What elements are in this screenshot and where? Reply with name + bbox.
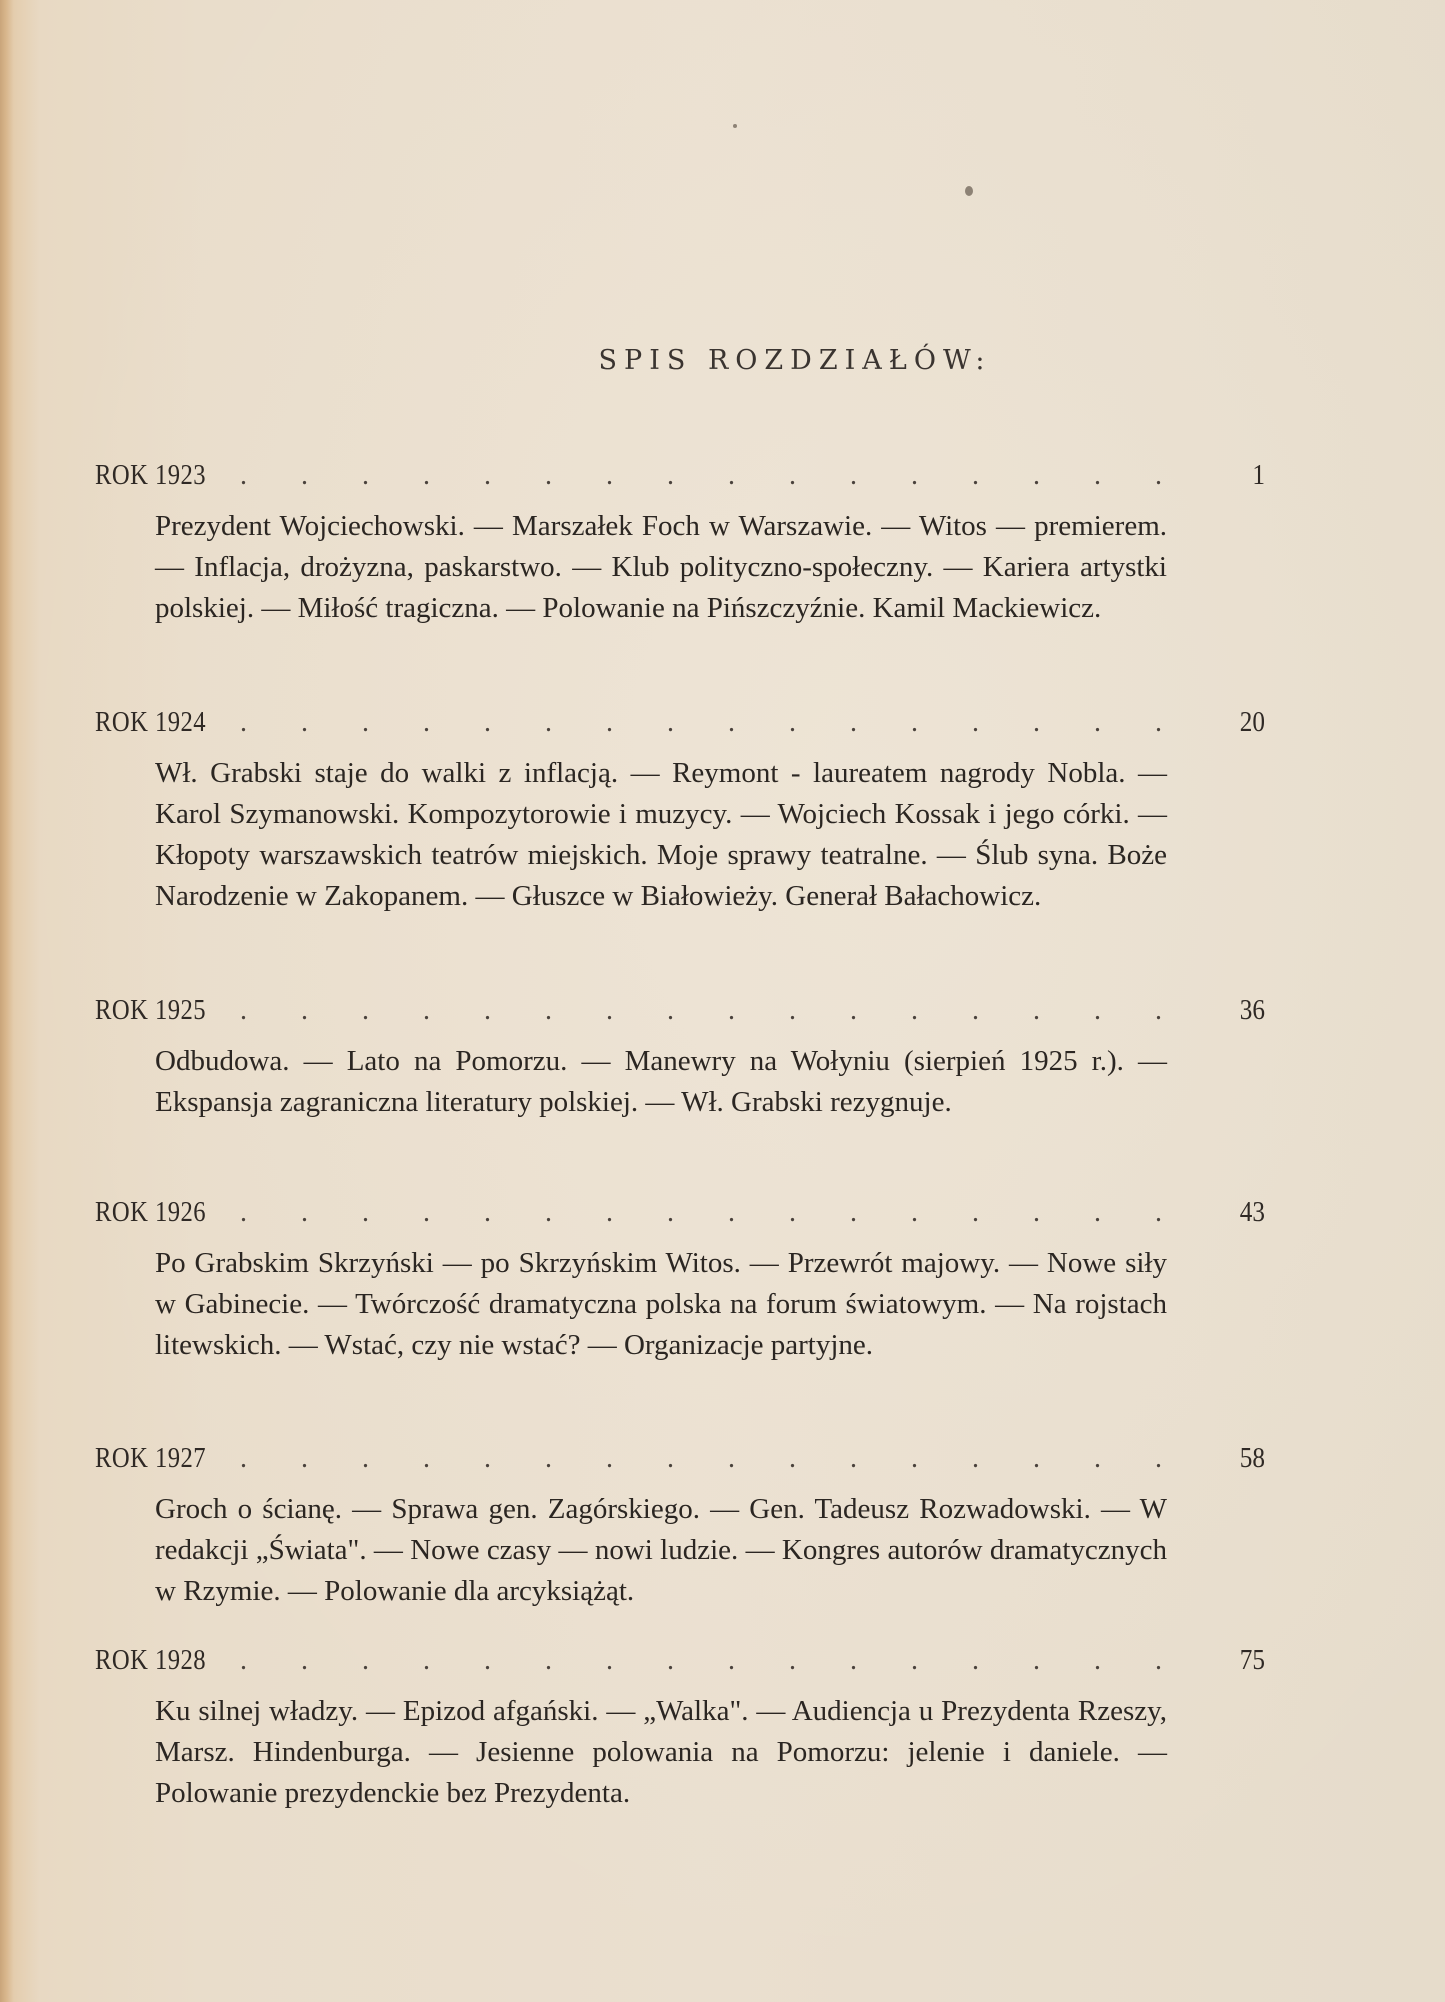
chapter-year: ROK 1928 [95,1645,223,1677]
toc-entry-1926: ROK 1926 . . . . . . . . . . . . . . . .… [95,1197,1265,1366]
page-number: 58 [1229,1443,1265,1475]
paper-speck [965,186,973,196]
toc-entry-heading: ROK 1925 . . . . . . . . . . . . . . . .… [95,995,1265,1035]
chapter-year: ROK 1925 [95,995,223,1027]
dot-leader: . . . . . . . . . . . . . . . . . . . . … [240,1645,1197,1677]
dot-leader: . . . . . . . . . . . . . . . . . . . . … [240,707,1197,739]
chapter-year: ROK 1926 [95,1197,223,1229]
page-number: 1 [1229,460,1265,492]
page-number: 36 [1229,995,1265,1027]
toc-entry-1925: ROK 1925 . . . . . . . . . . . . . . . .… [95,995,1265,1123]
toc-entry-heading: ROK 1928 . . . . . . . . . . . . . . . .… [95,1645,1265,1685]
chapter-year: ROK 1924 [95,707,223,739]
page-number: 75 [1229,1645,1265,1677]
toc-entry-1928: ROK 1928 . . . . . . . . . . . . . . . .… [95,1645,1265,1814]
toc-entry-1924: ROK 1924 . . . . . . . . . . . . . . . .… [95,707,1265,917]
chapter-year: ROK 1927 [95,1443,223,1475]
toc-entry-1923: ROK 1923 . . . . . . . . . . . . . . . .… [95,460,1265,629]
toc-entry-heading: ROK 1924 . . . . . . . . . . . . . . . .… [95,707,1265,747]
dot-leader: . . . . . . . . . . . . . . . . . . . . … [240,460,1197,492]
chapter-description: Groch o ścianę. — Sprawa gen. Zagórskieg… [155,1489,1167,1612]
toc-entry-heading: ROK 1923 . . . . . . . . . . . . . . . .… [95,460,1265,500]
toc-entry-heading: ROK 1927 . . . . . . . . . . . . . . . .… [95,1443,1265,1483]
dot-leader: . . . . . . . . . . . . . . . . . . . . … [240,1197,1197,1229]
chapter-description: Odbudowa. — Lato na Pomorzu. — Manewry n… [155,1041,1167,1123]
chapter-description: Prezydent Wojciechowski. — Marszałek Foc… [155,506,1167,629]
page-number: 20 [1229,707,1265,739]
dot-leader: . . . . . . . . . . . . . . . . . . . . … [240,1443,1197,1475]
paper-speck [733,124,737,128]
dot-leader: . . . . . . . . . . . . . . . . . . . . … [240,995,1197,1027]
toc-entry-1927: ROK 1927 . . . . . . . . . . . . . . . .… [95,1443,1265,1612]
chapter-description: Wł. Grabski staje do walki z inflacją. —… [155,753,1167,917]
page-title: SPIS ROZDZIAŁÓW: [0,345,1445,376]
chapter-description: Po Grabskim Skrzyński — po Skrzyńskim Wi… [155,1243,1167,1366]
book-page: SPIS ROZDZIAŁÓW: ROK 1923 . . . . . . . … [0,0,1445,2002]
page-number: 43 [1229,1197,1265,1229]
chapter-description: Ku silnej władzy. — Epizod afgański. — „… [155,1691,1167,1814]
toc-entry-heading: ROK 1926 . . . . . . . . . . . . . . . .… [95,1197,1265,1237]
chapter-year: ROK 1923 [95,460,223,492]
